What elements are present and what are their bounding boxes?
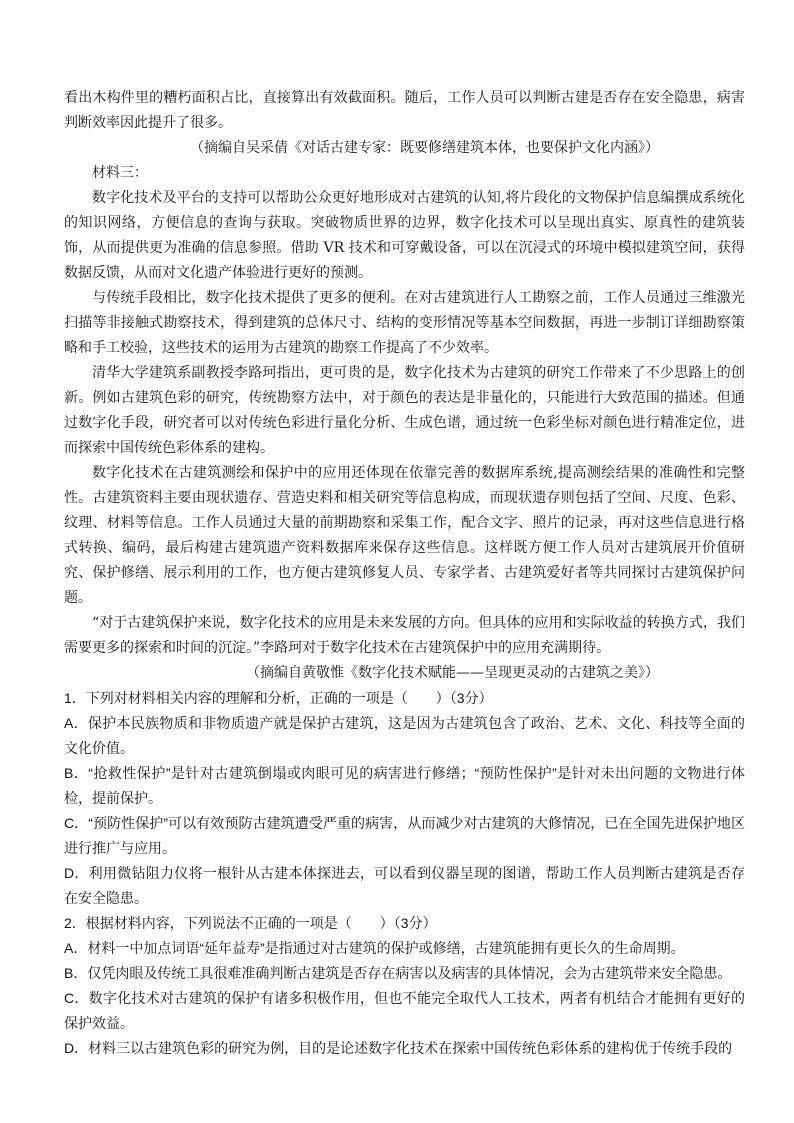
material-3-paragraph-1: 数字化技术及平台的支持可以帮助公众更好地形成对古建筑的认知,将片段化的文物保护信… bbox=[64, 186, 745, 286]
material-3-paragraph-4: 数字化技术在古建筑测绘和保护中的应用还体现在依靠完善的数据库系统,提高测绘结果的… bbox=[64, 461, 745, 611]
continuation-paragraph: 看出木构件里的糟朽面积占比，直接算出有效截面积。随后，工作人员可以判断古建是否存… bbox=[64, 86, 745, 136]
question-2-option-b: B．仅凭肉眼及传统工具很难准确判断古建筑是否存在病害以及病害的具体情况，会为古建… bbox=[64, 961, 745, 986]
question-2-option-c: C．数字化技术对古建筑的保护有诸多积极作用，但也不能完全取代人工技术，两者有机结… bbox=[64, 986, 745, 1036]
question-2-stem: 2．根据材料内容，下列说法不正确的一项是（ ）（3分） bbox=[64, 911, 745, 936]
material-3-heading: 材料三： bbox=[64, 161, 745, 186]
material-3-paragraph-3: 清华大学建筑系副教授李路珂指出，更可贵的是，数字化技术为古建筑的研究工作带来了不… bbox=[64, 361, 745, 461]
question-1-option-c: C．“预防性保护”可以有效预防古建筑遭受严重的病害，从而减少对古建筑的大修情况，… bbox=[64, 811, 745, 861]
material-3-paragraph-5: “对于古建筑保护来说，数字化技术的应用是未来发展的方向。但具体的应用和实际收益的… bbox=[64, 611, 745, 661]
material-3-paragraph-2: 与传统手段相比，数字化技术提供了更多的便利。在对古建筑进行人工勘察之前，工作人员… bbox=[64, 286, 745, 361]
question-1-option-d: D．利用微钻阻力仪将一根针从古建本体探进去，可以看到仪器呈现的图谱，帮助工作人员… bbox=[64, 861, 745, 911]
question-1-stem: 1．下列对材料相关内容的理解和分析，正确的一项是（ ）（3分） bbox=[64, 686, 745, 711]
source-attribution-2: （摘编自黄敬惟《数字化技术赋能——呈现更灵动的古建筑之美》） bbox=[64, 661, 745, 686]
source-attribution-1: （摘编自吴采倩《对话古建专家：既要修缮建筑本体，也要保护文化内涵》） bbox=[64, 136, 745, 161]
exam-page: 看出木构件里的糟朽面积占比，直接算出有效截面积。随后，工作人员可以判断古建是否存… bbox=[0, 0, 794, 1123]
question-1-option-b: B．“抢救性保护”是针对古建筑倒塌或肉眼可见的病害进行修缮；“预防性保护”是针对… bbox=[64, 761, 745, 811]
question-2-option-d: D．材料三以古建筑色彩的研究为例，目的是论述数字化技术在探索中国传统色彩体系的建… bbox=[64, 1036, 745, 1061]
question-1-option-a: A．保护本民族物质和非物质遗产就是保护古建筑，这是因为古建筑包含了政治、艺术、文… bbox=[64, 711, 745, 761]
question-2-option-a: A．材料一中加点词语“延年益寿”是指通过对古建筑的保护或修缮，古建筑能拥有更长久… bbox=[64, 936, 745, 961]
